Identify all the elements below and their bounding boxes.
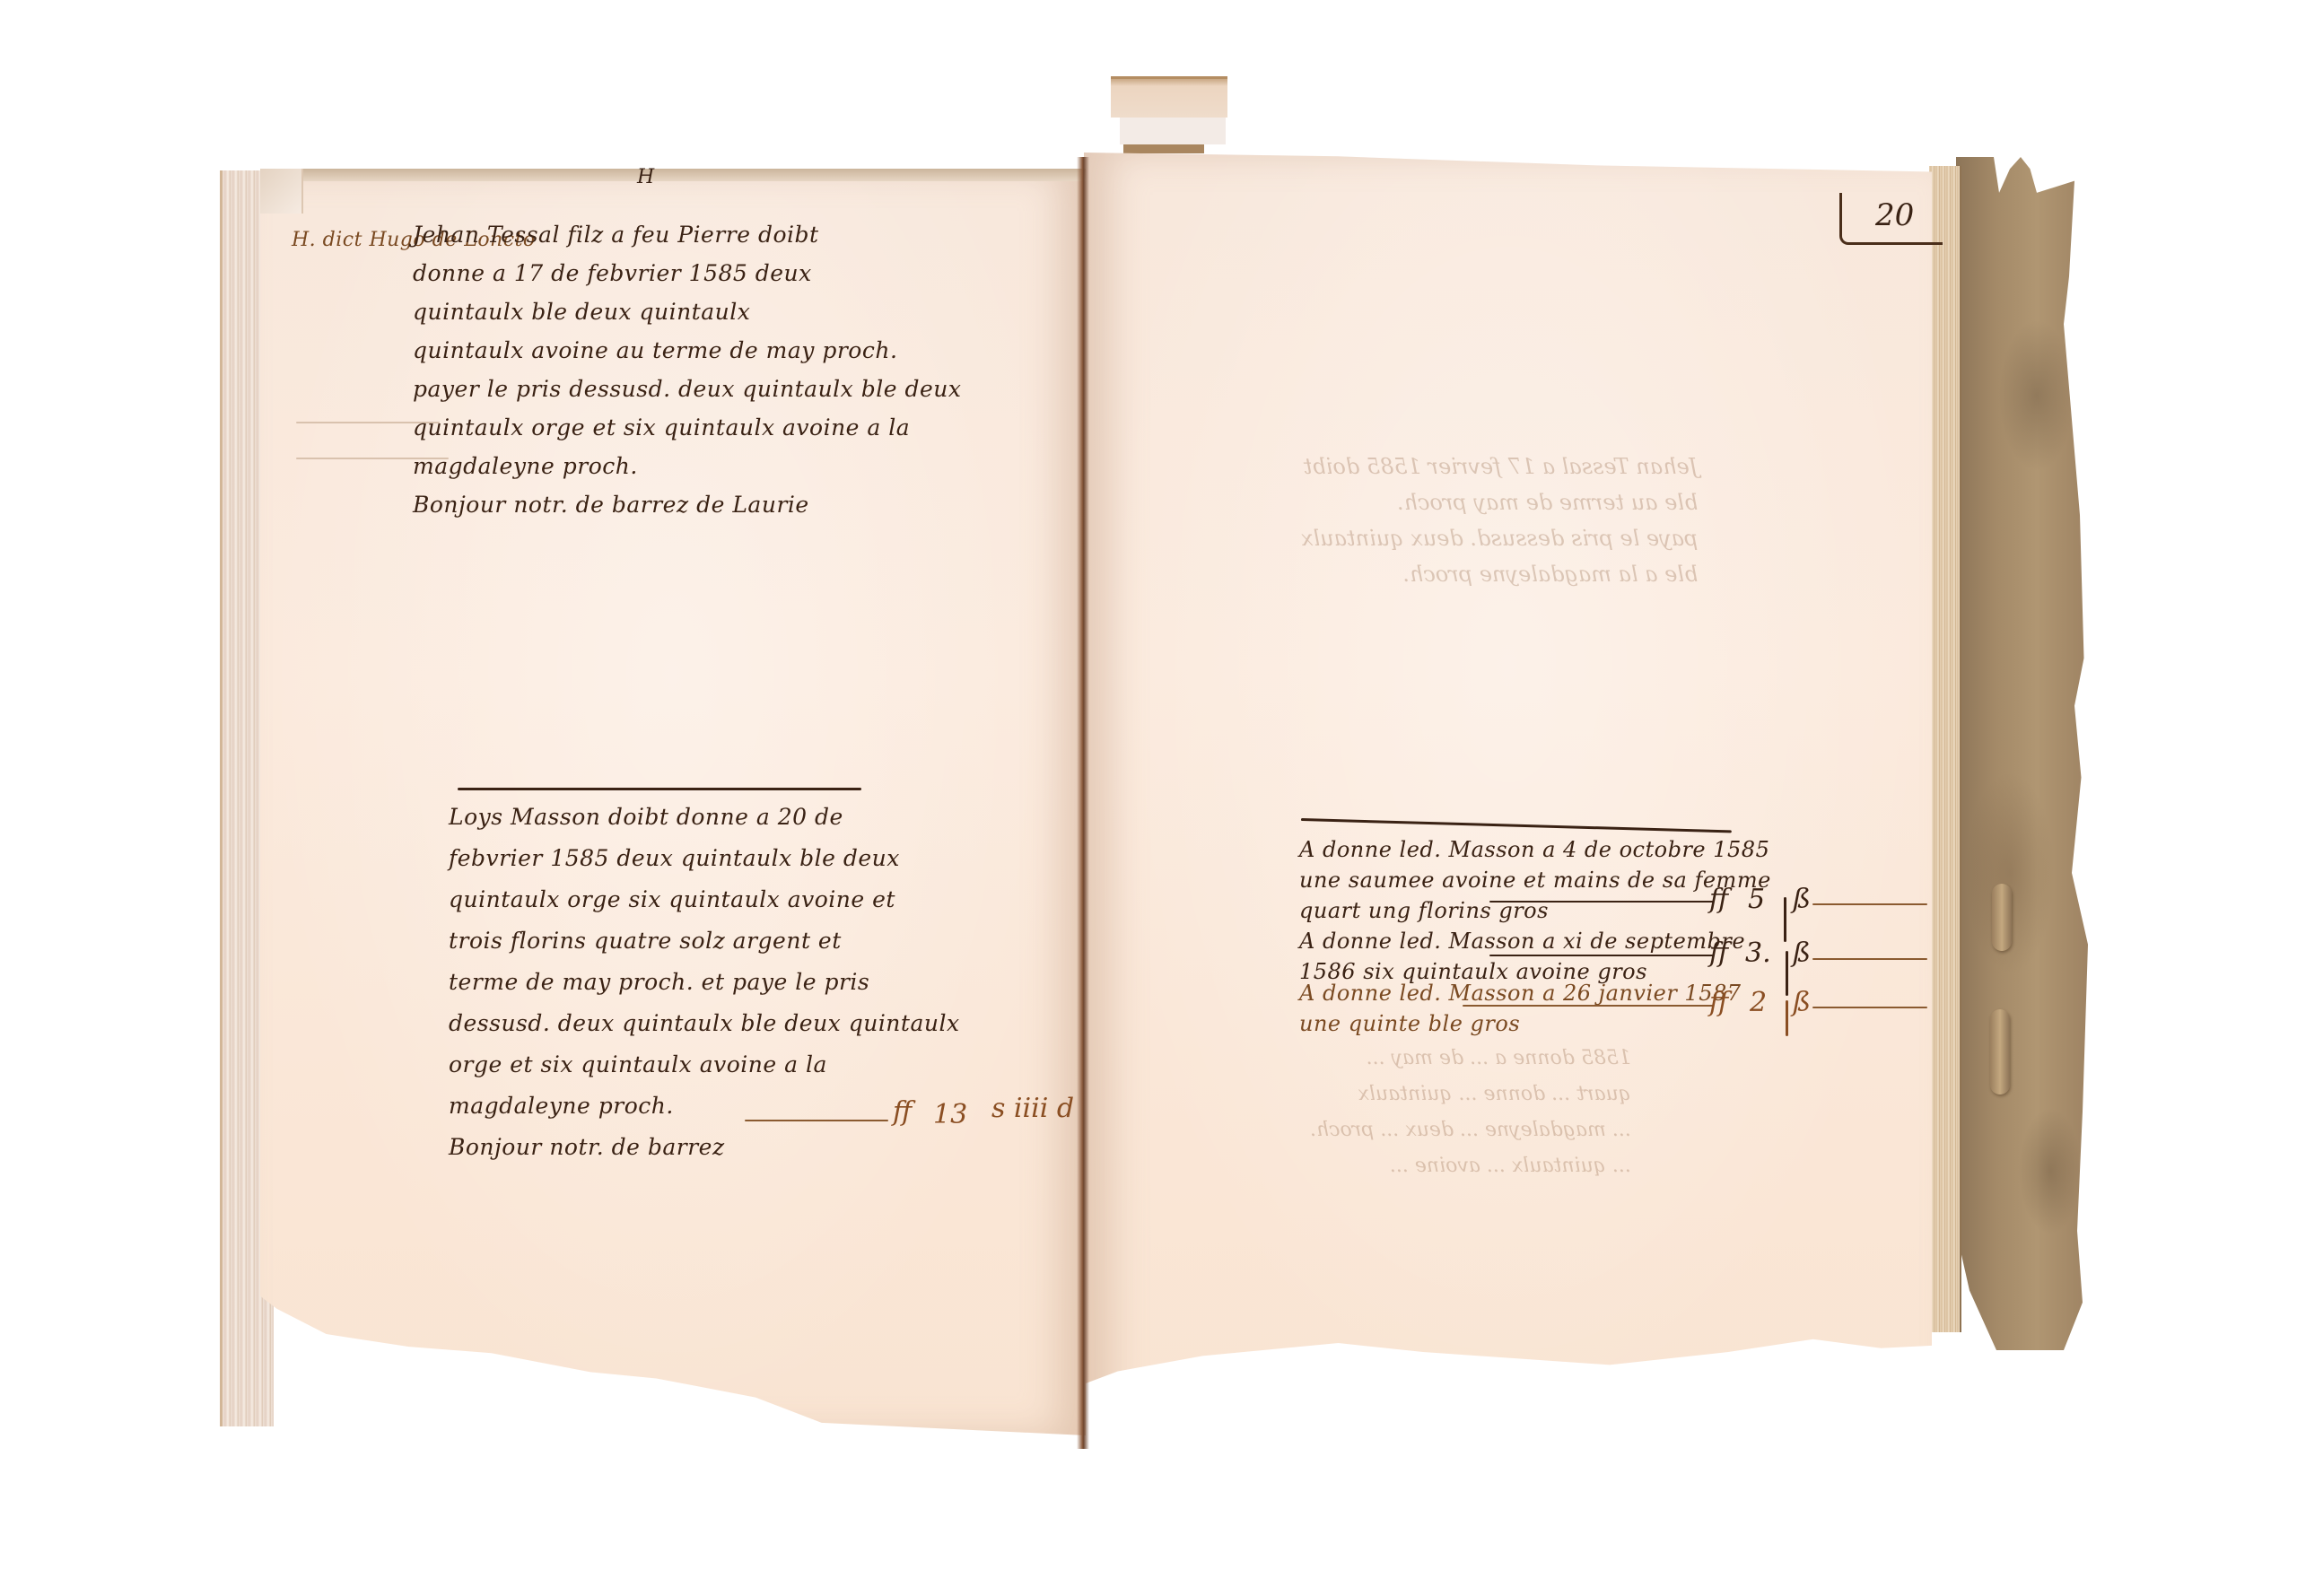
amount-tail-rule <box>1812 958 1927 960</box>
amount-bracket <box>1786 951 1788 996</box>
amount-rule <box>1489 901 1714 903</box>
entry-line: quintaulx avoine au terme de may proch. <box>413 331 961 370</box>
entry-line: terme de may proch. et paye le pris <box>449 962 960 1003</box>
entry-line: A donne led. Masson a 26 janvier 1587 <box>1299 978 1742 1008</box>
bleed-line: ble au terme de may proch. <box>1301 484 1698 520</box>
superscript-mark: H <box>637 166 655 188</box>
entry-line: A donne led. Masson a xi de septembre <box>1299 926 1745 956</box>
bleed-through-lower: 1585 donne a ... de may ... quart ... do… <box>1310 1041 1631 1184</box>
tab-top <box>1111 76 1227 118</box>
amount-value: 2 <box>1750 987 1767 1018</box>
right-page-edges <box>1929 166 1961 1332</box>
total-label: ff <box>893 1096 912 1128</box>
entry-line: A donne led. Masson a 4 de octobre 1585 <box>1299 834 1771 865</box>
tab-bottom <box>1123 144 1204 153</box>
manuscript-photo: Jehan Tessal a 17 fevrier 1585 doibt ble… <box>0 0 2297 1596</box>
cover-tie-strap <box>1990 1009 2010 1095</box>
entry-separator-rule <box>458 788 861 790</box>
ledger-entry-2: Loys Masson doibt donne a 20 de febvrier… <box>449 797 960 1168</box>
book-gutter <box>1077 157 1089 1449</box>
entry-line: orge et six quintaulx avoine a la <box>449 1044 960 1086</box>
page-tab <box>1111 76 1227 157</box>
amount-tail-rule <box>1812 903 1927 905</box>
entry-line: Jehan Tessal filz a feu Pierre doibt <box>413 215 961 254</box>
amount-unit: ß <box>1793 884 1811 915</box>
entry-line: Bonjour notr. de barrez <box>449 1127 960 1168</box>
tab-middle <box>1120 118 1226 144</box>
amount-bracket <box>1786 1000 1788 1036</box>
entry-line: payer le pris dessusd. deux quintaulx bl… <box>413 370 961 408</box>
cover-tie-strap <box>1992 884 2012 951</box>
left-page-top-fold <box>260 169 1086 181</box>
amount-tail-rule <box>1812 1007 1927 1008</box>
right-entry-3: A donne led. Masson a 26 janvier 1587 un… <box>1299 978 1742 1039</box>
entry-line: dessusd. deux quintaulx ble deux quintau… <box>449 1003 960 1044</box>
right-page <box>1084 153 1932 1435</box>
bleed-line: ... quintaulx ... avoine ... <box>1310 1148 1631 1184</box>
total-amount: 13 <box>933 1099 967 1130</box>
amount-label: ff <box>1709 938 1728 969</box>
entry-line: une saumee avoine et mains de sa femme <box>1299 865 1771 895</box>
bleed-line: ... magdaleyne ... deux ... proch. <box>1310 1112 1631 1148</box>
entry-line: quintaulx orge six quintaulx avoine et <box>449 879 960 920</box>
entry-line: Loys Masson doibt donne a 20 de <box>449 797 960 838</box>
entry-line: magdaleyne proch. <box>413 447 961 485</box>
amount-rule <box>1463 1005 1714 1007</box>
vellum-cover <box>1956 157 2091 1350</box>
total-unit: s iiii d <box>991 1093 1074 1124</box>
entry-line: quintaulx orge et six quintaulx avoine a… <box>413 408 961 447</box>
amount-value: 5 <box>1748 884 1765 915</box>
bleed-line: Jehan Tessal a 17 fevrier 1585 doibt <box>1301 449 1698 484</box>
entry-line: donne a 17 de febvrier 1585 deux <box>413 254 961 292</box>
total-rule <box>745 1120 888 1121</box>
bleed-line: paye le pris dessusd. deux quintaulx <box>1301 520 1698 556</box>
entry-line: trois florins quatre solz argent et <box>449 920 960 962</box>
entry-line: Bonjour notr. de barrez de Laurie <box>413 485 961 524</box>
bleed-line: 1585 donne a ... de may ... <box>1310 1041 1631 1077</box>
bleed-line: ble a la magdaleyne proch. <box>1301 556 1698 592</box>
amount-rule <box>1489 955 1714 956</box>
entry-line: une quinte ble gros <box>1299 1008 1742 1039</box>
entry-line: febvrier 1585 deux quintaulx ble deux <box>449 838 960 879</box>
amount-unit: ß <box>1793 938 1811 969</box>
amount-label: ff <box>1709 884 1728 915</box>
bleed-line: quart ... donne ... quintaulx <box>1310 1077 1631 1112</box>
entry-line: quintaulx ble deux quintaulx <box>413 292 961 331</box>
folio-number: 20 <box>1875 197 1914 233</box>
amount-value: 3. <box>1745 938 1771 969</box>
left-page-corner-fold <box>260 169 303 214</box>
right-entry-1: A donne led. Masson a 4 de octobre 1585 … <box>1299 834 1771 926</box>
amount-label: ff <box>1709 987 1728 1018</box>
amount-unit: ß <box>1793 987 1811 1018</box>
bleed-through-upper: Jehan Tessal a 17 fevrier 1585 doibt ble… <box>1301 449 1698 592</box>
ledger-entry-1: Jehan Tessal filz a feu Pierre doibt don… <box>413 215 961 524</box>
amount-bracket <box>1784 897 1786 942</box>
